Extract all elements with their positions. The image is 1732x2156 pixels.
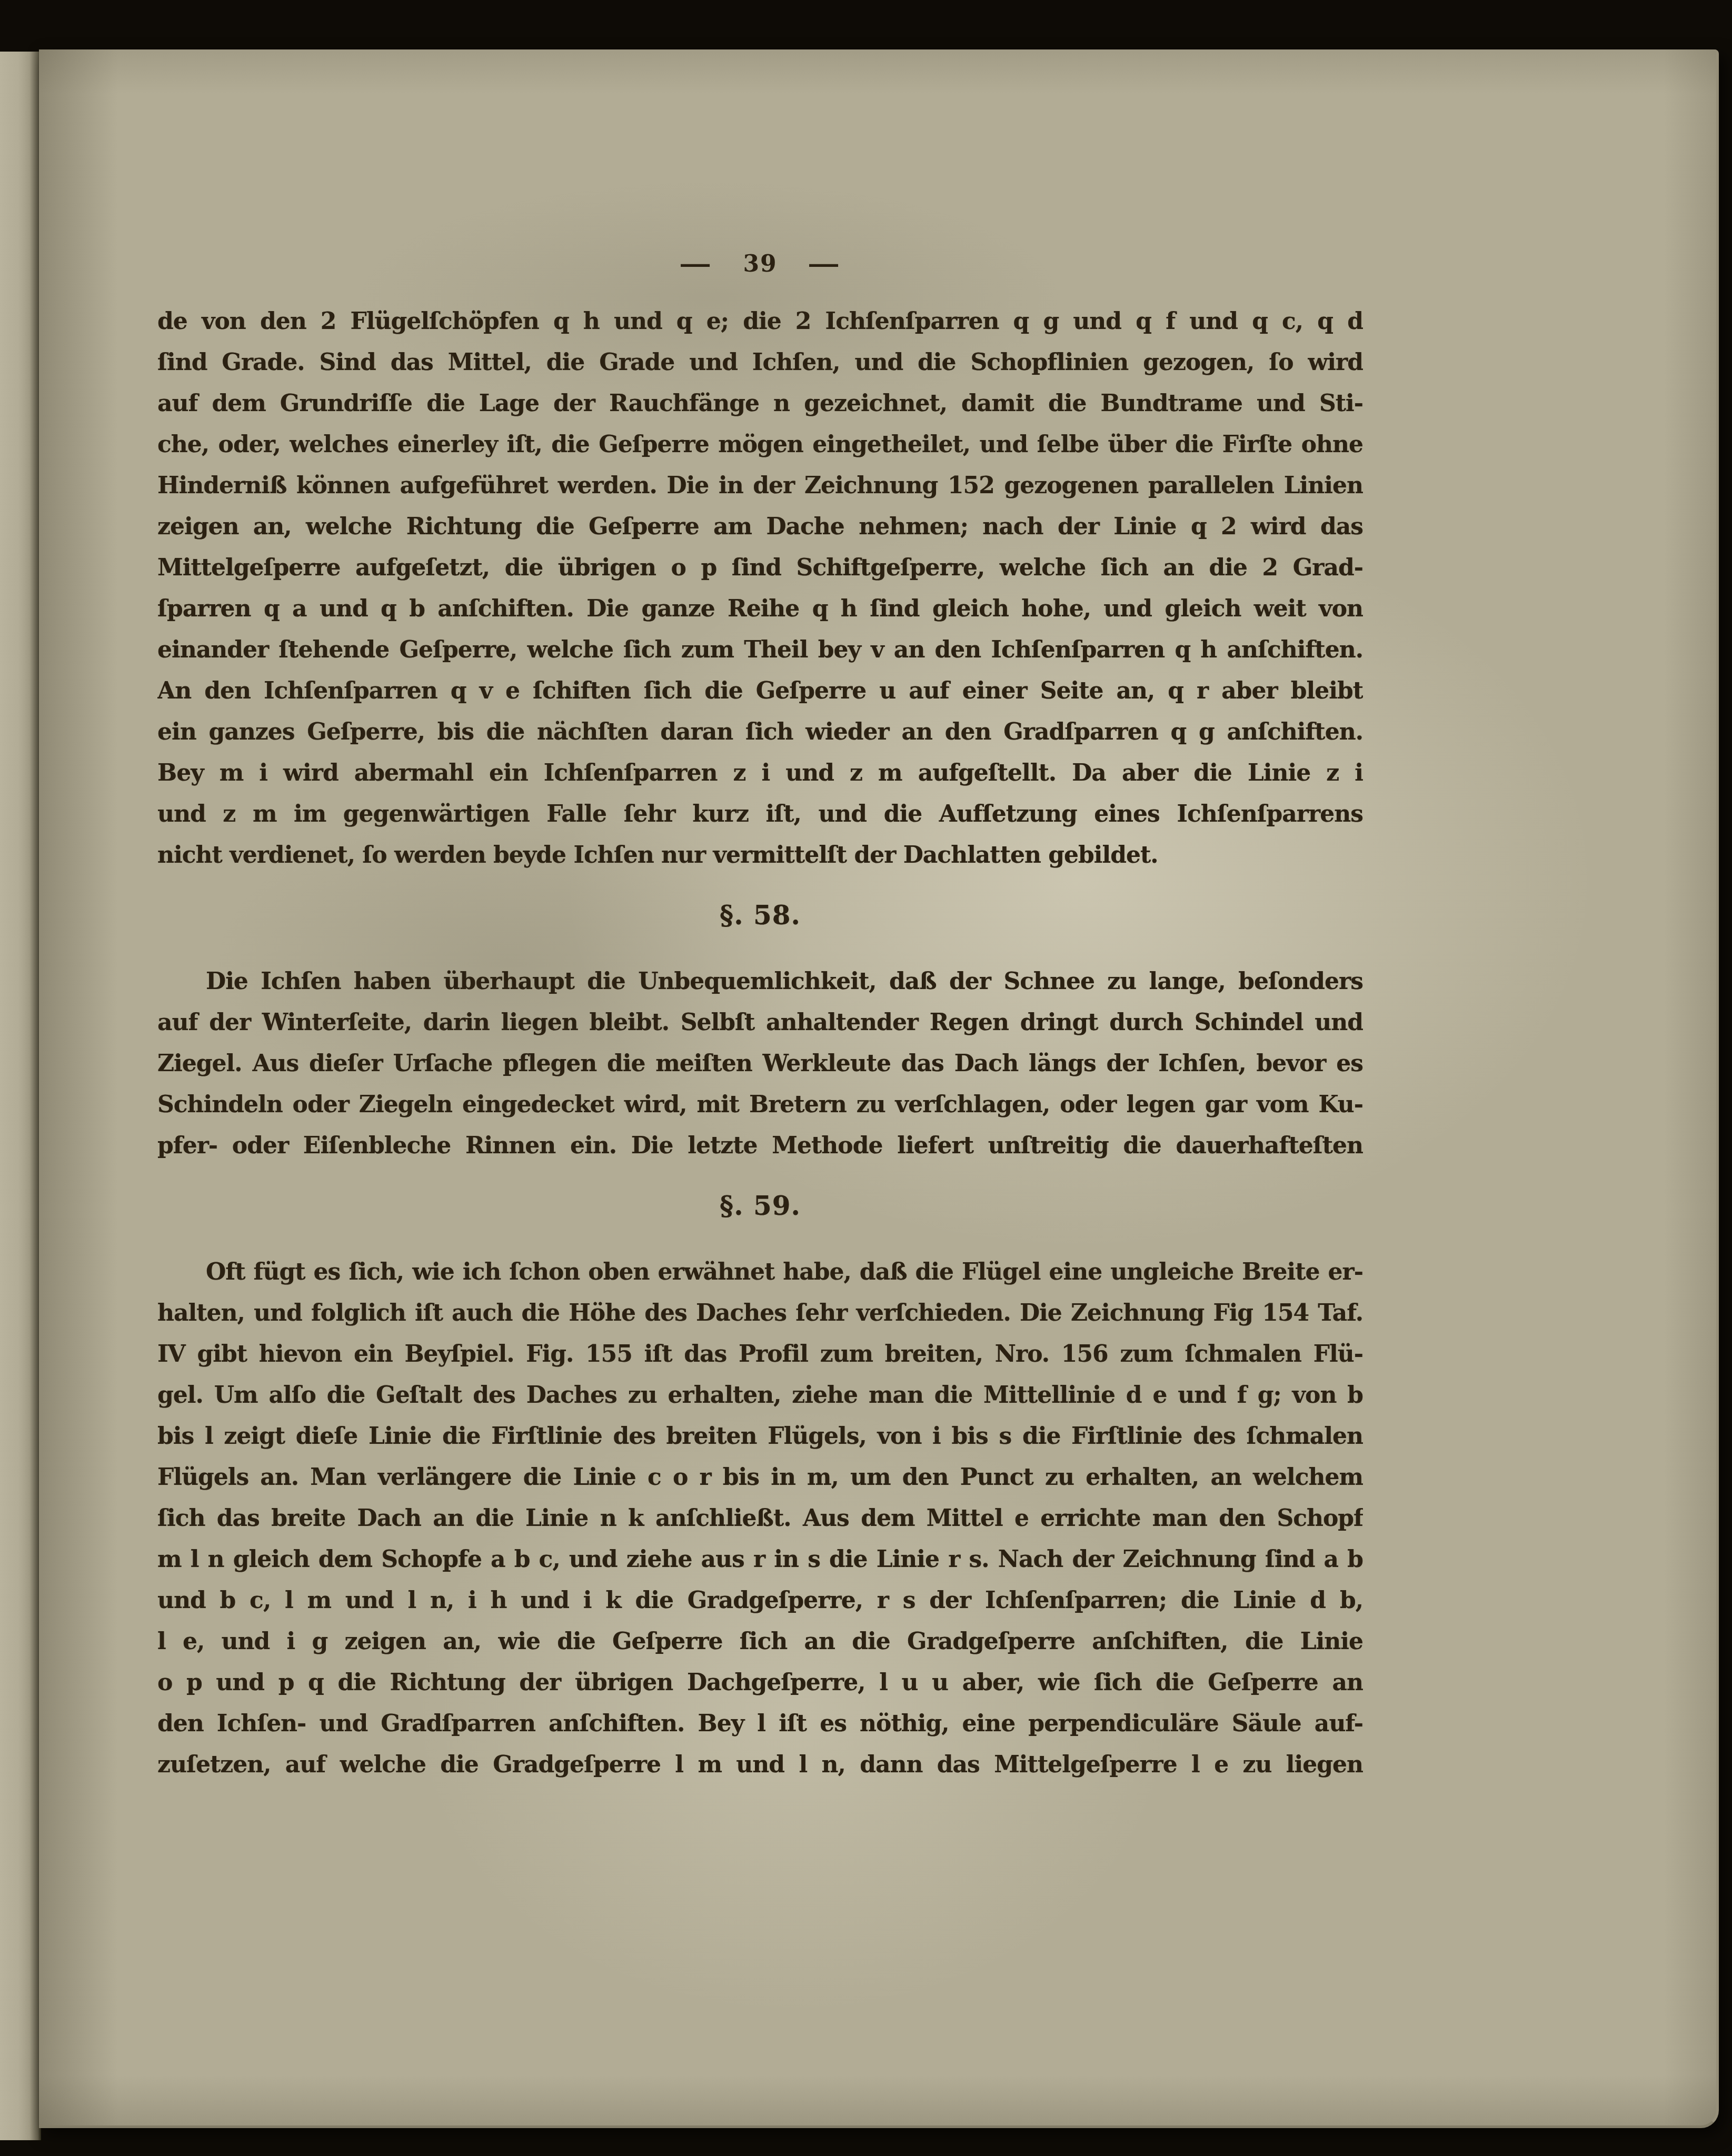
section-59-paragraph: Oft fügt es ſich, wie ich ſchon oben erw…	[157, 1252, 1363, 1785]
text-line: IV gibt hievon ein Beyſpiel. Fig. 155 iſ…	[157, 1334, 1363, 1375]
text-line: m l n gleich dem Schopfe a b c, und zieh…	[157, 1539, 1363, 1580]
text-line: zeigen an, welche Richtung die Geſperre …	[157, 506, 1363, 547]
text-line: den Ichſen- und Gradſparren anſchiften. …	[157, 1703, 1363, 1744]
text-line: Mittelgeſperre aufgeſetzt, die übrigen o…	[157, 547, 1363, 588]
text-line: Ziegel. Aus dieſer Urſache pflegen die m…	[157, 1043, 1363, 1084]
text-line: zuſetzen, auf welche die Gradgeſperre l …	[157, 1744, 1363, 1785]
text-line: Oft fügt es ſich, wie ich ſchon oben erw…	[157, 1252, 1363, 1293]
text-line: o p und p q die Richtung der übrigen Dac…	[157, 1662, 1363, 1703]
text-line: auf der Winterſeite, darin liegen bleibt…	[157, 1002, 1363, 1043]
page-number-dash-right: —	[807, 251, 841, 277]
text-line: Hinderniß können aufgeführet werden. Die…	[157, 465, 1363, 506]
text-line: ein ganzes Geſperre, bis die nächſten da…	[157, 712, 1363, 753]
text-line: ſparren q a und q b anſchiften. Die ganz…	[157, 588, 1363, 630]
adjacent-page-edge	[0, 52, 41, 2140]
text-line: ſich das breite Dach an die Linie n k an…	[157, 1498, 1363, 1539]
text-line: nicht verdienet, ſo werden beyde Ichſen …	[157, 835, 1363, 876]
text-line: auf dem Grundriſſe die Lage der Rauchfän…	[157, 383, 1363, 424]
page-number: — 39 —	[157, 251, 1363, 277]
page-number-value: 39	[743, 251, 777, 277]
text-line: einander ſtehende Geſperre, welche ſich …	[157, 630, 1363, 671]
text-line: ſind Grade. Sind das Mittel, die Grade u…	[157, 342, 1363, 383]
section-58-paragraph: Die Ichſen haben überhaupt die Unbequeml…	[157, 961, 1363, 1166]
text-line: che, oder, welches einerley iſt, die Geſ…	[157, 424, 1363, 465]
text-line: pfer- oder Eiſenbleche Rinnen ein. Die l…	[157, 1125, 1363, 1166]
section-heading-59: §. 59.	[157, 1187, 1363, 1224]
text-line: Die Ichſen haben überhaupt die Unbequeml…	[157, 961, 1363, 1002]
text-line: An den Ichſenſparren q v e ſchiften ſich…	[157, 671, 1363, 712]
text-line: l e, und i g zeigen an, wie die Geſperre…	[157, 1621, 1363, 1662]
text-line: Flügels an. Man verlängere die Linie c o…	[157, 1457, 1363, 1498]
text-line: bis l zeigt dieſe Linie die Firſtlinie d…	[157, 1416, 1363, 1457]
text-line: halten, und folglich iſt auch die Höhe d…	[157, 1293, 1363, 1334]
book-page: — 39 — de von den 2 Flügelſchöpfen q h u…	[39, 49, 1719, 2128]
section-heading-58: §. 58.	[157, 897, 1363, 934]
text-line: de von den 2 Flügelſchöpfen q h und q e;…	[157, 301, 1363, 342]
text-line: und b c, l m und l n, i h und i k die Gr…	[157, 1580, 1363, 1621]
text-line: Bey m i wird abermahl ein Ichſenſparren …	[157, 753, 1363, 794]
scanned-book-photo: — 39 — de von den 2 Flügelſchöpfen q h u…	[0, 0, 1732, 2156]
page-number-dash-left: —	[679, 251, 713, 277]
continuation-paragraph: de von den 2 Flügelſchöpfen q h und q e;…	[157, 301, 1363, 876]
text-line: Schindeln oder Ziegeln eingedecket wird,…	[157, 1084, 1363, 1125]
text-block: de von den 2 Flügelſchöpfen q h und q e;…	[157, 301, 1363, 1785]
text-line: gel. Um alſo die Geſtalt des Daches zu e…	[157, 1375, 1363, 1416]
text-line: und z m im gegenwärtigen Falle ſehr kurz…	[157, 794, 1363, 835]
